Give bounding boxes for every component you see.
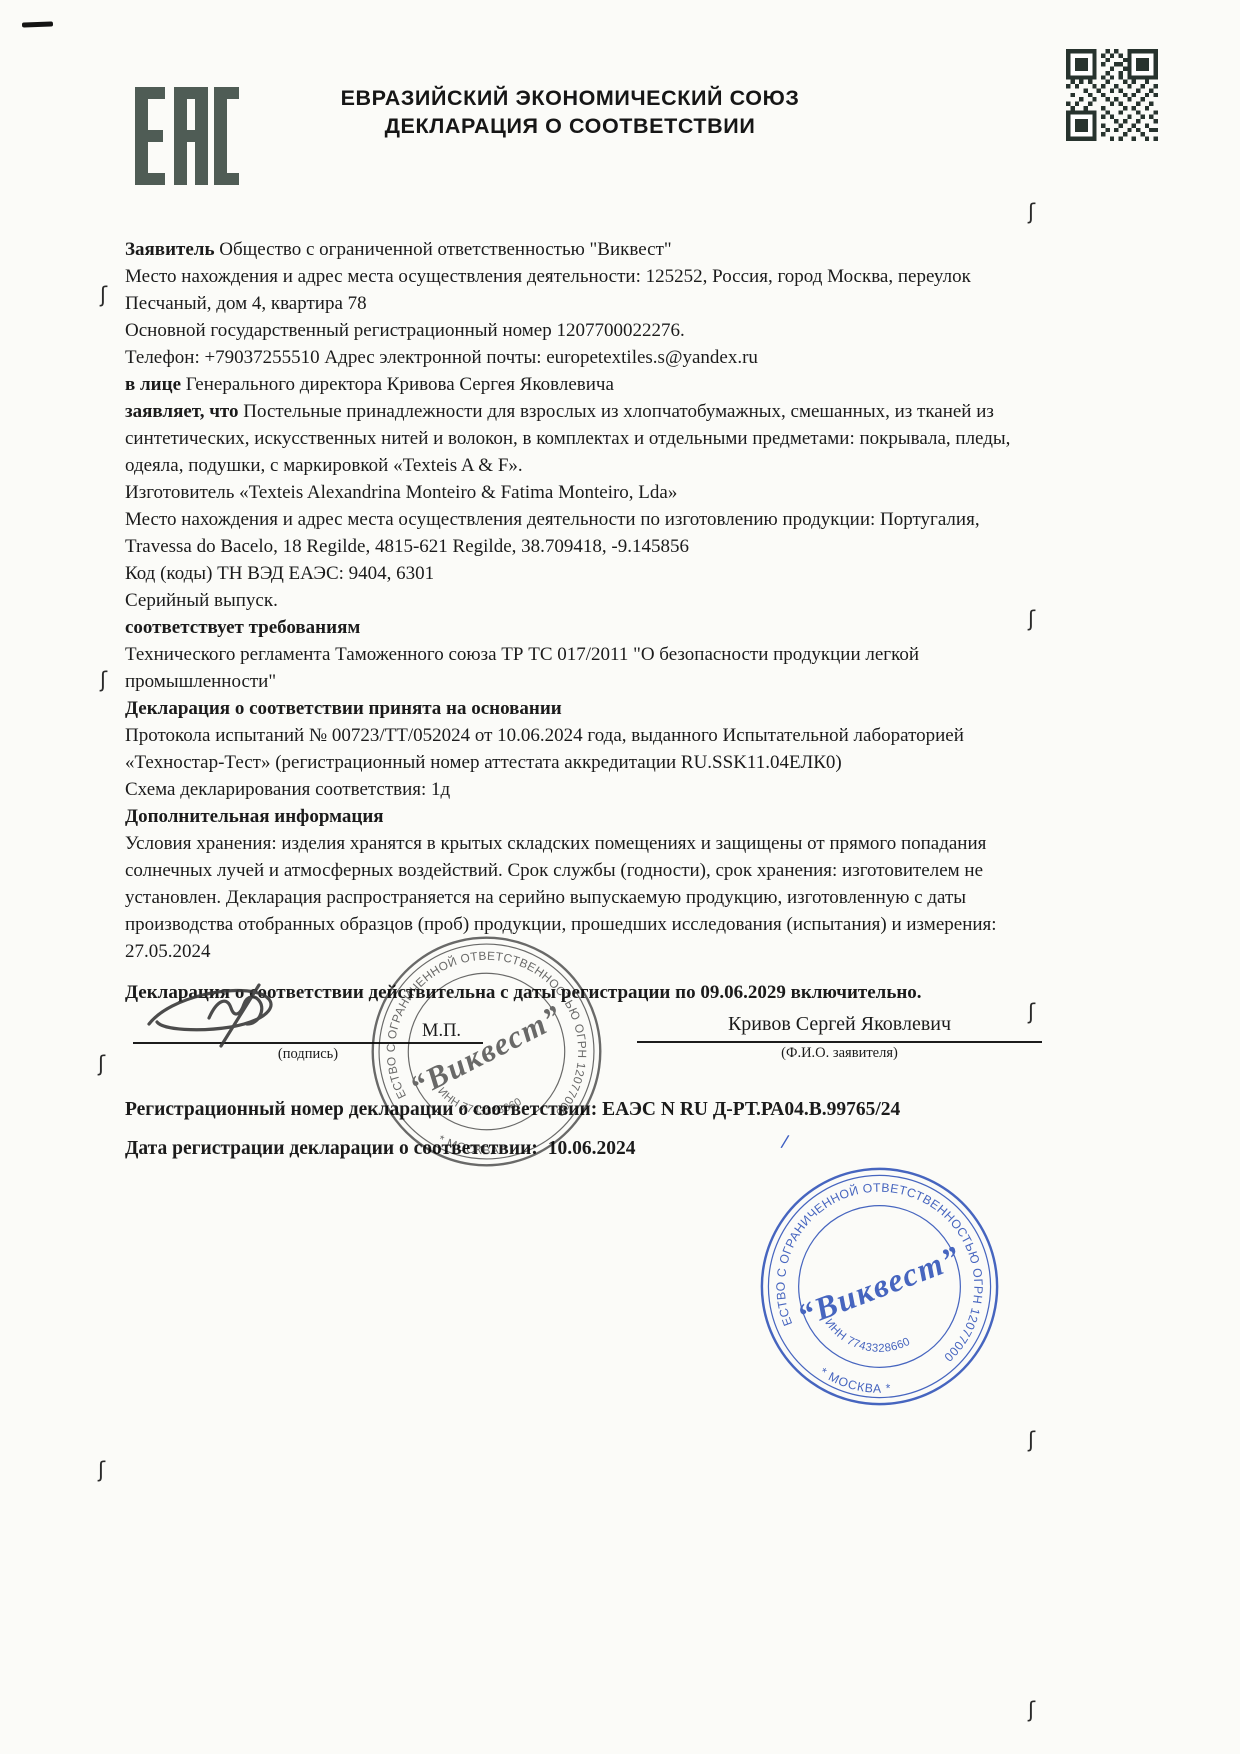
eac-logo xyxy=(135,87,239,185)
applicant-name-area: Кривов Сергей Яковлевич (Ф.И.О. заявител… xyxy=(637,1012,1042,1062)
scan-artifact: ʃ xyxy=(100,668,107,692)
paragraph-lead: Декларация о соответствии принята на осн… xyxy=(125,698,562,719)
paragraph-text: Основной государственный регистрационный… xyxy=(125,320,685,341)
body-paragraph: Место нахождения и адрес места осуществл… xyxy=(125,506,1047,560)
applicant-name-line xyxy=(637,1041,1042,1043)
body-paragraph: Протокола испытаний № 00723/ТТ/052024 от… xyxy=(125,722,1047,776)
paragraph-text: Протокола испытаний № 00723/ТТ/052024 от… xyxy=(125,725,964,773)
qr-code xyxy=(1066,48,1158,142)
paragraph-text: Генерального директора Кривова Сергея Як… xyxy=(181,374,614,395)
document-title: ЕВРАЗИЙСКИЙ ЭКОНОМИЧЕСКИЙ СОЮЗ ДЕКЛАРАЦИ… xyxy=(250,84,890,140)
stamp-bottom-text: * МОСКВА * xyxy=(816,1364,895,1402)
registration-number-value: ЕАЭС N RU Д-РТ.РА04.В.99765/24 xyxy=(602,1099,900,1120)
body-paragraph: Изготовитель «Texteis Alexandrina Montei… xyxy=(125,479,1047,506)
scan-artifact: ʃ xyxy=(1028,1000,1035,1024)
scan-artifact: ʃ xyxy=(1028,1698,1035,1722)
paragraph-text: Серийный выпуск. xyxy=(125,590,278,611)
applicant-name-caption: (Ф.И.О. заявителя) xyxy=(637,1045,1042,1062)
body-paragraph: в лице Генерального директора Кривова Се… xyxy=(125,371,1047,398)
paragraph-lead: Заявитель xyxy=(125,239,215,260)
paragraph-text: Код (коды) ТН ВЭД ЕАЭС: 9404, 6301 xyxy=(125,563,434,584)
paragraph-text: Место нахождения и адрес места осуществл… xyxy=(125,266,971,314)
scan-artifact: ʃ xyxy=(1028,607,1035,631)
paragraph-lead: соответствует требованиям xyxy=(125,617,360,638)
paragraph-text: Общество с ограниченной ответственностью… xyxy=(215,239,672,260)
body-paragraph: Заявитель Общество с ограниченной ответс… xyxy=(125,236,1047,263)
body-paragraph: Место нахождения и адрес места осуществл… xyxy=(125,263,1047,317)
stamp-center-text: “Виквест” xyxy=(404,998,568,1105)
stamp-center-text: “Виквест” xyxy=(793,1239,966,1334)
body-paragraph: Дополнительная информация xyxy=(125,803,1047,830)
scan-artifact: ʃ xyxy=(98,1052,105,1076)
paragraph-lead: заявляет, что xyxy=(125,401,239,422)
body-paragraph: соответствует требованиям xyxy=(125,614,1047,641)
body-paragraph: Серийный выпуск. xyxy=(125,587,1047,614)
scan-artifact: ʃ xyxy=(1028,1428,1035,1452)
paragraph-lead: Дополнительная информация xyxy=(125,806,384,827)
paragraph-text: Телефон: +79037255510 Адрес электронной … xyxy=(125,347,758,368)
svg-text:ОБЩЕСТВО С ОГРАНИЧЕННОЙ ОТВЕТС: ОБЩЕСТВО С ОГРАНИЧЕННОЙ ОТВЕТСТВЕННОСТЬЮ… xyxy=(368,933,605,1127)
paragraph-text: Схема декларирования соответствия: 1д xyxy=(125,779,450,800)
paragraph-lead: в лице xyxy=(125,374,181,395)
body-paragraph: Телефон: +79037255510 Адрес электронной … xyxy=(125,344,1047,371)
body-paragraph: Схема декларирования соответствия: 1д xyxy=(125,776,1047,803)
paragraph-text: Технического регламента Таможенного союз… xyxy=(125,644,919,692)
paragraph-text: Постельные принадлежности для взрослых и… xyxy=(125,401,1010,476)
applicant-name: Кривов Сергей Яковлевич xyxy=(637,1012,1042,1036)
body-paragraph: заявляет, что Постельные принадлежности … xyxy=(125,398,1047,479)
paragraph-text: Место нахождения и адрес места осуществл… xyxy=(125,509,980,557)
scan-artifact: ʃ xyxy=(100,283,107,307)
paragraph-text: Изготовитель «Texteis Alexandrina Montei… xyxy=(125,482,677,503)
scan-artifact-dash xyxy=(22,21,53,27)
declaration-document-page: ЕВРАЗИЙСКИЙ ЭКОНОМИЧЕСКИЙ СОЮЗ ДЕКЛАРАЦИ… xyxy=(0,0,1240,1754)
handwritten-signature xyxy=(143,980,321,1052)
stamp-ring-text: ОБЩЕСТВО С ОГРАНИЧЕННОЙ ОТВЕТСТВЕННОСТЬЮ… xyxy=(368,933,605,1127)
title-line1: ЕВРАЗИЙСКИЙ ЭКОНОМИЧЕСКИЙ СОЮЗ xyxy=(250,84,890,112)
scan-artifact: ʃ xyxy=(1028,200,1035,224)
svg-text:* МОСКВА *: * МОСКВА * xyxy=(816,1364,895,1402)
body-paragraph: Технического регламента Таможенного союз… xyxy=(125,641,1047,695)
title-line2: ДЕКЛАРАЦИЯ О СООТВЕТСТВИИ xyxy=(250,112,890,140)
scan-artifact: ʃ xyxy=(98,1458,105,1482)
company-stamp-blue: ОБЩЕСТВО С ОГРАНИЧЕННОЙ ОТВЕТСТВЕННОСТЬЮ… xyxy=(757,1164,1002,1409)
body-paragraph: Основной государственный регистрационный… xyxy=(125,317,1047,344)
company-stamp-gray: ОБЩЕСТВО С ОГРАНИЧЕННОЙ ОТВЕТСТВЕННОСТЬЮ… xyxy=(368,933,605,1170)
body-paragraph: Декларация о соответствии принята на осн… xyxy=(125,695,1047,722)
body-paragraph: Код (коды) ТН ВЭД ЕАЭС: 9404, 6301 xyxy=(125,560,1047,587)
